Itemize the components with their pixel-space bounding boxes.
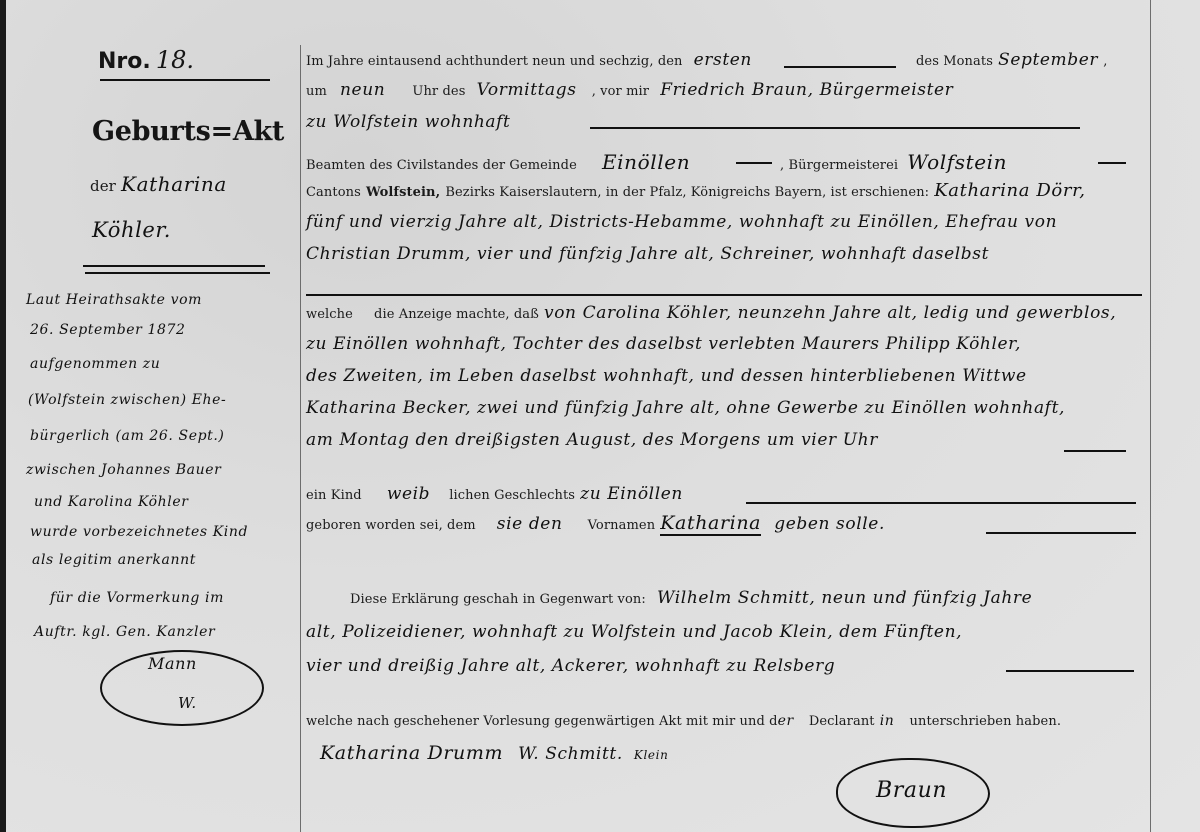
printed-text: welche [306,307,353,322]
printed-text: ein Kind [306,488,362,503]
field-witness-details: alt, Polizeidiener, wohnhaft zu Wolfstei… [306,622,962,642]
printed-text: Diese Erklärung geschah in Gegenwart von… [350,592,646,607]
birth-record-page: Nro. 18. Geburts=Akt der Katharina Köhle… [0,0,1200,832]
printed-text: Cantons [306,185,361,200]
body-line-date: Im Jahre eintausend achthundert neun und… [306,50,752,70]
page-binding-edge [0,0,6,832]
section-rule [306,294,1142,296]
fill-line [746,502,1136,504]
body-line-buergermeisterei: , Bürgermeisterei Wolfstein [780,150,1007,174]
margin-note-line: Auftr. kgl. Gen. Kanzler [34,624,215,640]
field-declarant-husband: Christian Drumm, vier und fünfzig Jahre … [306,244,989,264]
signature-witness-1: W. Schmitt. [518,744,623,764]
body-line-month: des Monats September , [916,50,1107,70]
field-birth-datetime: am Montag den dreißigsten August, des Mo… [306,430,878,450]
field-grandfather: des Zweiten, im Leben daselbst wohnhaft,… [306,366,1027,386]
printed-text: , [1103,54,1107,69]
record-title: Geburts=Akt [92,116,284,147]
record-number-value: 18. [156,46,194,74]
column-divider-left [300,45,301,832]
field-gemeinde: Einöllen [602,150,690,174]
body-line-name: geboren worden sei, dem sie den Vornamen… [306,512,885,534]
body-line-time: um neun Uhr des Vormittags , vor mir Fri… [306,80,953,100]
margin-note-line: (Wolfstein zwischen) Ehe- [28,392,226,408]
field-buergermeisterei: Wolfstein [907,150,1007,174]
signature-witness-2: Klein [634,748,668,762]
printed-text: welche nach geschehener Vorlesung gegenw… [306,714,778,729]
printed-text: um [306,84,327,99]
body-line-witnesses: Diese Erklärung geschah in Gegenwart von… [350,588,1032,608]
header-rule-1 [83,265,265,267]
field-witness-1: Wilhelm Schmitt, neun und fünfzig Jahre [657,588,1032,608]
field-declarant-details: fünf und vierzig Jahre alt, Districts-He… [306,212,1057,232]
printed-text: , vor mir [592,84,649,99]
fill-line [590,127,1080,129]
margin-note-line: bürgerlich (am 26. Sept.) [30,428,225,444]
field-text: in [880,713,895,729]
margin-note-line: für die Vormerkung im [50,590,224,606]
record-number: Nro. 18. [98,46,194,74]
subject-prefix: der [90,177,116,195]
body-line-sex: ein Kind weib lichen Geschlechts zu Einö… [306,484,683,504]
canton-name: Wolfstein, [366,185,440,200]
field-mother: von Carolina Köhler, neunzehn Jahre alt,… [544,303,1116,323]
subject-name-line1: der Katharina [90,172,227,196]
margin-note-line: 26. September 1872 [30,322,186,338]
fill-line [1098,162,1126,164]
record-number-underline [100,79,270,81]
printed-text: lichen Geschlechts [449,488,575,503]
body-line-canton: Cantons Wolfstein, Bezirks Kaiserslauter… [306,180,1086,201]
printed-text: Im Jahre eintausend achthundert neun und… [306,54,683,69]
fill-line [1006,670,1134,672]
margin-note-line: wurde vorbezeichnetes Kind [30,524,248,540]
printed-text: die Anzeige machte, daß [374,307,539,322]
field-grandmother: Katharina Becker, zwei und fünfzig Jahre… [306,398,1065,418]
field-hour: neun [340,80,385,100]
field-time-of-day: Vormittags [477,80,577,100]
margin-signature: Mann [148,654,197,673]
margin-note-line: zwischen Johannes Bauer [26,462,221,478]
fill-line [736,162,772,164]
field-witness-2: vier und dreißig Jahre alt, Ackerer, woh… [306,656,835,676]
printed-text: unterschrieben haben. [910,714,1062,729]
printed-text: Beamten des Civilstandes der Gemeinde [306,158,577,173]
field-child-first-name: Katharina [660,512,761,536]
margin-note-line: Laut Heirathsakte vom [26,292,202,308]
body-line-announcement: welche die Anzeige machte, daß von Carol… [306,303,1116,323]
body-line-closing: welche nach geschehener Vorlesung gegenw… [306,710,1061,729]
body-line-gemeinde: Beamten des Civilstandes der Gemeinde Ei… [306,150,690,174]
field-text: er [778,713,794,729]
margin-note-line: als legitim anerkannt [32,552,196,568]
field-declarant: Katharina Dörr, [934,180,1085,201]
field-month: September [998,50,1098,70]
subject-first-name: Katharina [121,172,227,196]
signatures-row: Katharina Drumm W. Schmitt. Klein [320,742,668,764]
fill-line [1064,450,1126,452]
printed-text: Vornamen [588,518,656,533]
field-text: geben solle. [774,514,885,534]
printed-text: , Bürgermeisterei [780,158,898,173]
field-text: sie den [497,514,563,534]
subject-last-name: Köhler. [92,218,171,242]
field-sex: weib [387,484,430,504]
printed-text: des Monats [916,54,993,69]
fill-line [784,66,896,68]
record-number-label: Nro. [98,49,151,74]
printed-text: geboren worden sei, dem [306,518,476,533]
printed-text: Bezirks Kaiserslautern, in der Pfalz, Kö… [445,185,929,200]
printed-text: Declarant [809,714,875,729]
margin-note-line: und Karolina Köhler [34,494,189,510]
margin-initials: W. [178,694,197,712]
header-rule-2 [85,272,270,274]
field-official: Friedrich Braun, Bürgermeister [660,80,953,100]
field-mother-residence: zu Einöllen wohnhaft, Tochter des daselb… [306,334,1021,354]
signature-declarant: Katharina Drumm [320,742,503,764]
field-official-residence: zu Wolfstein wohnhaft [306,112,511,132]
signature-official: Braun [876,778,947,803]
column-divider-right [1150,0,1151,832]
field-day: ersten [694,50,752,70]
fill-line [986,532,1136,534]
margin-note-line: aufgenommen zu [30,356,160,372]
printed-text: Uhr des [412,84,465,99]
field-birth-place: zu Einöllen [580,484,683,504]
